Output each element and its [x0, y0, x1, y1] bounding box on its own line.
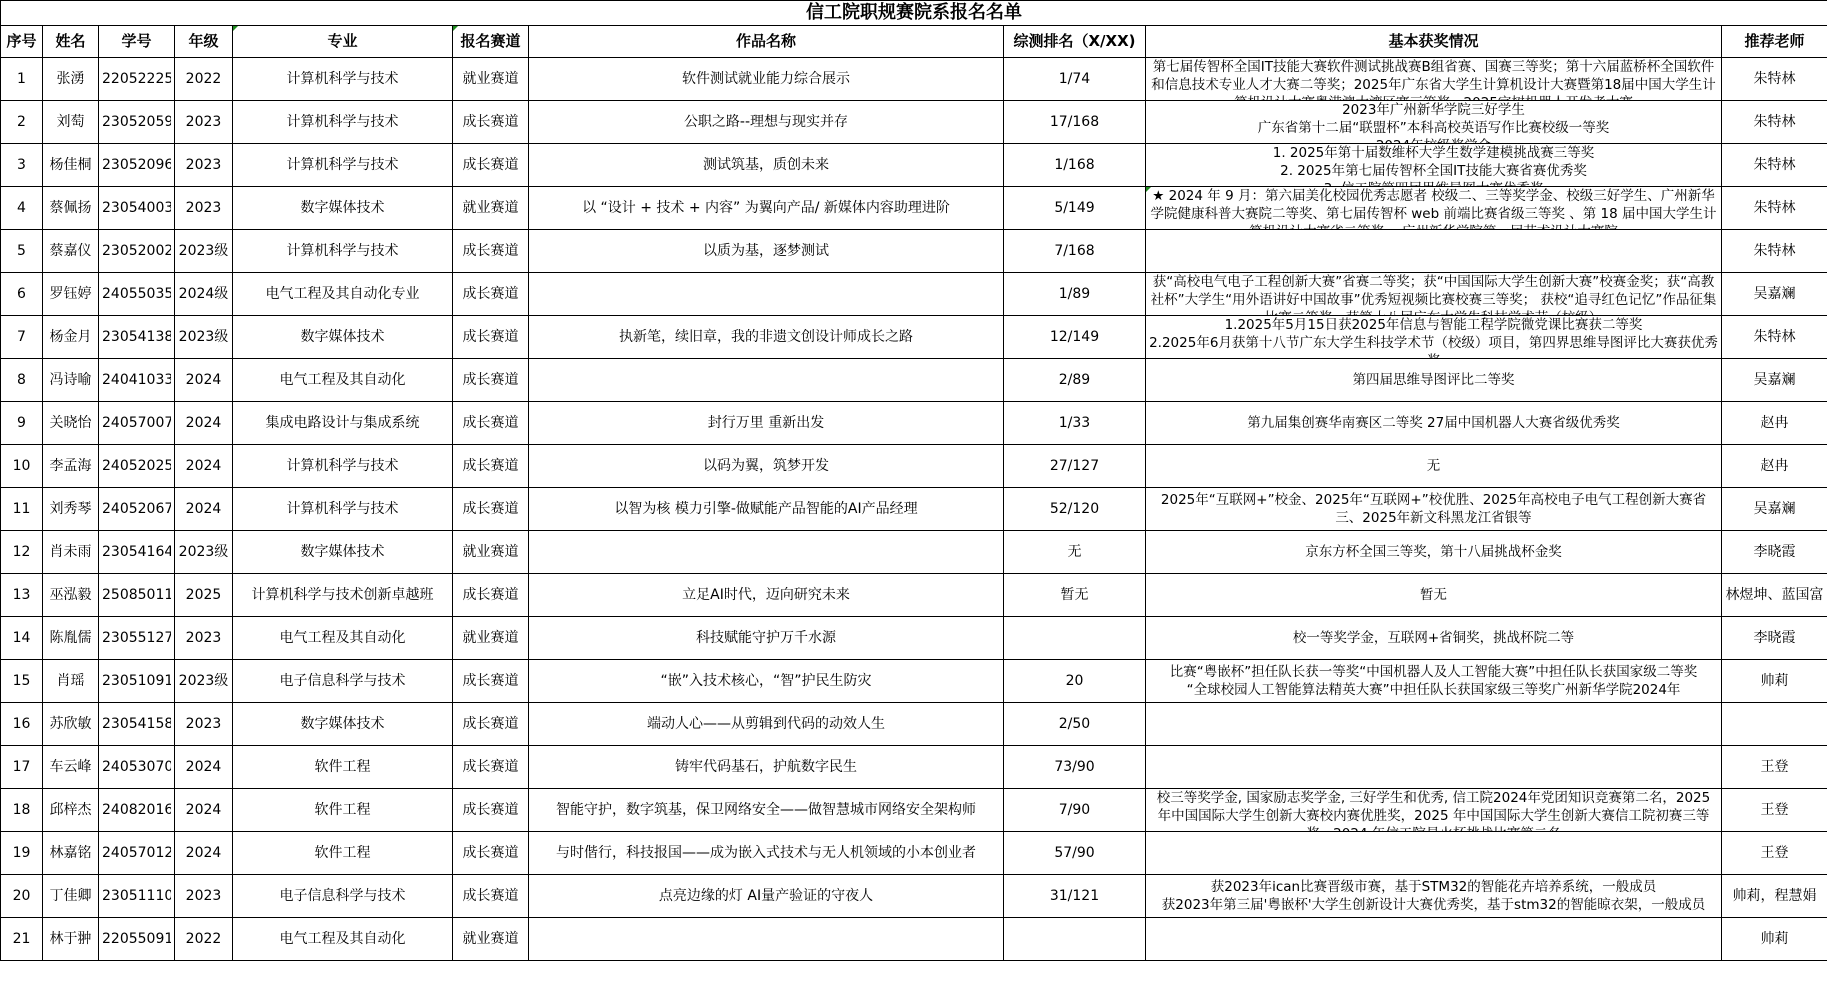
- cell-rank[interactable]: 7/90: [1004, 789, 1146, 832]
- cell-student-id[interactable]: 23054003: [99, 187, 175, 230]
- cell-grade[interactable]: 2025: [175, 574, 233, 617]
- cell-track-text: 成长赛道: [456, 156, 525, 175]
- cell-major-text: 软件工程: [236, 801, 449, 820]
- cell-awards-text: 第四届思维导图评比二等奖: [1149, 371, 1718, 389]
- table-row: 6罗钰婷240550352024级电气工程及其自动化专业成长赛道1/89获“高校…: [1, 273, 1827, 316]
- cell-major[interactable]: 软件工程: [233, 832, 453, 875]
- cell-student-id[interactable]: 25085011: [99, 574, 175, 617]
- cell-name[interactable]: 刘萄: [43, 101, 99, 144]
- header-major[interactable]: 专业: [233, 26, 453, 58]
- cell-awards[interactable]: 1. 2025年第十届数维杯大学生数学建模挑战赛三等奖 2. 2025年第七届传…: [1146, 144, 1722, 187]
- cell-awards[interactable]: 2023年广州新华学院三好学生 广东省第十二届“联盟杯”本科高校英语写作比赛校级…: [1146, 101, 1722, 144]
- cell-awards[interactable]: 比赛“粤嵌杯”担任队长获一等奖“中国机器人及人工智能大赛”中担任队长获国家级二等…: [1146, 660, 1722, 703]
- cell-rank[interactable]: 17/168: [1004, 101, 1146, 144]
- cell-grade-text: 2024级: [178, 285, 229, 304]
- cell-student-id[interactable]: 24053070: [99, 746, 175, 789]
- cell-name[interactable]: 陈胤儒: [43, 617, 99, 660]
- cell-awards[interactable]: 第七届传智杯全国IT技能大赛软件测试挑战赛B组省赛、国赛三等奖；第十六届蓝桥杯全…: [1146, 58, 1722, 101]
- cell-track[interactable]: 就业赛道: [453, 531, 529, 574]
- cell-rank[interactable]: 1/33: [1004, 402, 1146, 445]
- cell-teacher[interactable]: 朱特林: [1722, 144, 1827, 187]
- cell-major[interactable]: 计算机科学与技术: [233, 230, 453, 273]
- cell-rank[interactable]: 57/90: [1004, 832, 1146, 875]
- cell-awards-text: ★ 2024 年 9 月：第六届美化校园优秀志愿者 校级二、三等奖学金、校级三好…: [1149, 187, 1718, 229]
- cell-major[interactable]: 集成电路设计与集成系统: [233, 402, 453, 445]
- cell-awards[interactable]: 京东方杯全国三等奖，第十八届挑战杯金奖: [1146, 531, 1722, 574]
- cell-teacher-text: 王登: [1725, 801, 1824, 820]
- cell-student-id-text: 23052002: [102, 242, 171, 261]
- header-name[interactable]: 姓名: [43, 26, 99, 58]
- cell-work-title[interactable]: 封行万里 重新出发: [529, 402, 1004, 445]
- cell-work-title[interactable]: 测试筑基，质创未来: [529, 144, 1004, 187]
- cell-rank[interactable]: 1/89: [1004, 273, 1146, 316]
- cell-index[interactable]: 10: [1, 445, 43, 488]
- cell-track[interactable]: 成长赛道: [453, 875, 529, 918]
- cell-student-id[interactable]: 24052025: [99, 445, 175, 488]
- cell-grade[interactable]: 2023级: [175, 230, 233, 273]
- cell-major[interactable]: 数字媒体技术: [233, 187, 453, 230]
- cell-work-title[interactable]: [529, 359, 1004, 402]
- cell-work-title-text: 铸牢代码基石，护航数字民生: [532, 758, 1000, 777]
- cell-grade[interactable]: 2024级: [175, 273, 233, 316]
- cell-student-id[interactable]: 24055035: [99, 273, 175, 316]
- cell-track[interactable]: 就业赛道: [453, 617, 529, 660]
- cell-rank-text: 1/74: [1007, 70, 1142, 89]
- cell-rank-text: 20: [1007, 672, 1142, 691]
- cell-work-title[interactable]: 立足AI时代，迈向研究未来: [529, 574, 1004, 617]
- cell-rank[interactable]: 27/127: [1004, 445, 1146, 488]
- cell-grade[interactable]: 2023级: [175, 531, 233, 574]
- cell-track[interactable]: 成长赛道: [453, 273, 529, 316]
- cell-rank[interactable]: 12/149: [1004, 316, 1146, 359]
- cell-teacher[interactable]: 赵冉: [1722, 402, 1827, 445]
- cell-index[interactable]: 19: [1, 832, 43, 875]
- cell-name[interactable]: 巫泓毅: [43, 574, 99, 617]
- cell-awards[interactable]: [1146, 703, 1722, 746]
- cell-name[interactable]: 林于翀: [43, 918, 99, 961]
- cell-track[interactable]: 成长赛道: [453, 574, 529, 617]
- cell-student-id-text: 24053070: [102, 758, 171, 777]
- cell-name[interactable]: 肖瑶: [43, 660, 99, 703]
- cell-grade-text: 2023: [178, 887, 229, 906]
- cell-student-id[interactable]: 23052002: [99, 230, 175, 273]
- cell-grade[interactable]: 2024: [175, 445, 233, 488]
- cell-name[interactable]: 邱梓杰: [43, 789, 99, 832]
- cell-major-text: 计算机科学与技术创新卓越班: [236, 586, 449, 605]
- cell-major[interactable]: 数字媒体技术: [233, 316, 453, 359]
- cell-name-text: 刘萄: [46, 113, 95, 132]
- cell-index[interactable]: 7: [1, 316, 43, 359]
- cell-track[interactable]: 成长赛道: [453, 488, 529, 531]
- cell-work-title[interactable]: 执新笔，续旧章，我的非遗文创设计师成长之路: [529, 316, 1004, 359]
- cell-name[interactable]: 丁佳卿: [43, 875, 99, 918]
- cell-teacher[interactable]: 吴嘉斓: [1722, 273, 1827, 316]
- cell-major[interactable]: 计算机科学与技术: [233, 101, 453, 144]
- cell-major[interactable]: 电气工程及其自动化专业: [233, 273, 453, 316]
- cell-teacher-text: 帅莉: [1725, 672, 1824, 691]
- cell-awards[interactable]: 暂无: [1146, 574, 1722, 617]
- cell-grade[interactable]: 2024: [175, 789, 233, 832]
- cell-index-text: 7: [4, 328, 39, 347]
- cell-grade-text: 2024: [178, 801, 229, 820]
- cell-grade-text: 2023: [178, 199, 229, 218]
- cell-track-text: 就业赛道: [456, 543, 525, 562]
- cell-name[interactable]: 冯诗喻: [43, 359, 99, 402]
- cell-index[interactable]: 3: [1, 144, 43, 187]
- cell-index[interactable]: 8: [1, 359, 43, 402]
- cell-awards[interactable]: 1.2025年5月15日获2025年信息与智能工程学院微党课比赛获二等奖 2.2…: [1146, 316, 1722, 359]
- cell-track[interactable]: 成长赛道: [453, 402, 529, 445]
- cell-grade[interactable]: 2024: [175, 832, 233, 875]
- cell-awards[interactable]: 校三等奖学金, 国家励志奖学金, 三好学生和优秀, 信工院2024年党团知识竞赛…: [1146, 789, 1722, 832]
- cell-teacher[interactable]: 王登: [1722, 789, 1827, 832]
- cell-student-id-text: 23054003: [102, 199, 171, 218]
- cell-track[interactable]: 就业赛道: [453, 187, 529, 230]
- cell-index[interactable]: 5: [1, 230, 43, 273]
- cell-teacher[interactable]: 吴嘉斓: [1722, 488, 1827, 531]
- comment-indicator-icon: [453, 26, 458, 31]
- cell-grade-text: 2025: [178, 586, 229, 605]
- cell-track-text: 成长赛道: [456, 371, 525, 390]
- cell-student-id-text: 24052025: [102, 457, 171, 476]
- cell-teacher[interactable]: 帅莉: [1722, 918, 1827, 961]
- cell-awards[interactable]: [1146, 230, 1722, 273]
- cell-major[interactable]: 电子信息科学与技术: [233, 660, 453, 703]
- cell-teacher-text: 朱特林: [1725, 70, 1824, 89]
- cell-name[interactable]: 林嘉铭: [43, 832, 99, 875]
- cell-teacher[interactable]: [1722, 703, 1827, 746]
- cell-rank-text: 27/127: [1007, 457, 1142, 476]
- cell-work-title-text: 软件测试就业能力综合展示: [532, 70, 1000, 89]
- cell-student-id[interactable]: 23054138: [99, 316, 175, 359]
- cell-awards-text: 暂无: [1149, 586, 1718, 604]
- cell-major[interactable]: 数字媒体技术: [233, 531, 453, 574]
- cell-student-id[interactable]: 23052059: [99, 101, 175, 144]
- cell-grade[interactable]: 2023级: [175, 316, 233, 359]
- cell-index[interactable]: 4: [1, 187, 43, 230]
- cell-major-text: 软件工程: [236, 758, 449, 777]
- cell-grade[interactable]: 2023: [175, 703, 233, 746]
- cell-major[interactable]: 电气工程及其自动化: [233, 617, 453, 660]
- cell-rank[interactable]: [1004, 918, 1146, 961]
- cell-rank-text: 17/168: [1007, 113, 1142, 132]
- cell-track[interactable]: 成长赛道: [453, 660, 529, 703]
- cell-name[interactable]: 杨金月: [43, 316, 99, 359]
- cell-rank[interactable]: 31/121: [1004, 875, 1146, 918]
- cell-teacher-text: 吴嘉斓: [1725, 500, 1824, 519]
- cell-grade[interactable]: 2023: [175, 187, 233, 230]
- table-row: 20丁佳卿230511102023电子信息科学与技术成长赛道点亮边缘的灯 AI量…: [1, 875, 1827, 918]
- cell-student-id-text: 24055035: [102, 285, 171, 304]
- cell-track[interactable]: 成长赛道: [453, 316, 529, 359]
- cell-grade[interactable]: 2023级: [175, 660, 233, 703]
- cell-name[interactable]: 苏欣敏: [43, 703, 99, 746]
- cell-teacher[interactable]: 王登: [1722, 832, 1827, 875]
- cell-work-title[interactable]: 科技赋能守护万千水源: [529, 617, 1004, 660]
- cell-work-title[interactable]: 以质为基，逐梦测试: [529, 230, 1004, 273]
- cell-track[interactable]: 成长赛道: [453, 445, 529, 488]
- cell-work-title[interactable]: 与时偕行，科技报国——成为嵌入式技术与无人机领域的小本创业者: [529, 832, 1004, 875]
- cell-teacher[interactable]: 朱特林: [1722, 230, 1827, 273]
- cell-major[interactable]: 计算机科学与技术: [233, 144, 453, 187]
- cell-index[interactable]: 20: [1, 875, 43, 918]
- cell-index[interactable]: 21: [1, 918, 43, 961]
- cell-name[interactable]: 张湧: [43, 58, 99, 101]
- cell-awards[interactable]: 2025年“互联网+”校金、2025年“互联网+”校优胜、2025年高校电子电气…: [1146, 488, 1722, 531]
- cell-grade[interactable]: 2023: [175, 875, 233, 918]
- cell-name[interactable]: 杨佳桐: [43, 144, 99, 187]
- cell-track[interactable]: 就业赛道: [453, 918, 529, 961]
- cell-index-text: 12: [4, 543, 39, 562]
- cell-name-text: 张湧: [46, 70, 95, 89]
- cell-index[interactable]: 15: [1, 660, 43, 703]
- cell-track-text: 就业赛道: [456, 930, 525, 949]
- cell-index[interactable]: 1: [1, 58, 43, 101]
- cell-grade[interactable]: 2024: [175, 488, 233, 531]
- cell-major[interactable]: 计算机科学与技术: [233, 488, 453, 531]
- cell-rank[interactable]: 20: [1004, 660, 1146, 703]
- cell-awards[interactable]: [1146, 832, 1722, 875]
- cell-student-id-text: 23052096: [102, 156, 171, 175]
- cell-major[interactable]: 数字媒体技术: [233, 703, 453, 746]
- cell-rank[interactable]: 7/168: [1004, 230, 1146, 273]
- cell-major[interactable]: 计算机科学与技术: [233, 445, 453, 488]
- cell-rank[interactable]: 暂无: [1004, 574, 1146, 617]
- cell-major[interactable]: 软件工程: [233, 746, 453, 789]
- cell-index[interactable]: 11: [1, 488, 43, 531]
- cell-index[interactable]: 12: [1, 531, 43, 574]
- cell-student-id[interactable]: 23051110: [99, 875, 175, 918]
- cell-grade[interactable]: 2022: [175, 58, 233, 101]
- cell-grade[interactable]: 2022: [175, 918, 233, 961]
- cell-student-id[interactable]: 24052067: [99, 488, 175, 531]
- cell-work-title[interactable]: [529, 531, 1004, 574]
- cell-teacher[interactable]: 王登: [1722, 746, 1827, 789]
- cell-index-text: 3: [4, 156, 39, 175]
- cell-work-title-text: 以 “设计 + 技术 + 内容” 为翼向产品/ 新媒体内容助理进阶: [532, 199, 1000, 218]
- cell-track[interactable]: 成长赛道: [453, 832, 529, 875]
- cell-grade[interactable]: 2024: [175, 402, 233, 445]
- cell-work-title[interactable]: 公职之路--理想与现实并存: [529, 101, 1004, 144]
- cell-index-text: 10: [4, 457, 39, 476]
- cell-teacher[interactable]: 朱特林: [1722, 187, 1827, 230]
- cell-major[interactable]: 电气工程及其自动化: [233, 918, 453, 961]
- cell-rank[interactable]: 5/149: [1004, 187, 1146, 230]
- cell-work-title[interactable]: 以智为核 模力引擎-做赋能产品智能的AI产品经理: [529, 488, 1004, 531]
- cell-work-title-text: 以码为翼，筑梦开发: [532, 457, 1000, 476]
- cell-name[interactable]: 关晓怡: [43, 402, 99, 445]
- table-row: 7杨金月230541382023级数字媒体技术成长赛道执新笔，续旧章，我的非遗文…: [1, 316, 1827, 359]
- cell-student-id[interactable]: 24082016: [99, 789, 175, 832]
- cell-awards[interactable]: 获“高校电气电子工程创新大赛”省赛二等奖；获“中国国际大学生创新大赛”校赛金奖；…: [1146, 273, 1722, 316]
- cell-grade[interactable]: 2023: [175, 101, 233, 144]
- cell-teacher[interactable]: 朱特林: [1722, 101, 1827, 144]
- cell-awards[interactable]: [1146, 918, 1722, 961]
- cell-awards[interactable]: 第九届集创赛华南赛区二等奖 27届中国机器人大赛省级优秀奖: [1146, 402, 1722, 445]
- cell-student-id[interactable]: 23051091: [99, 660, 175, 703]
- cell-work-title[interactable]: 以码为翼，筑梦开发: [529, 445, 1004, 488]
- cell-awards-text: 获“高校电气电子工程创新大赛”省赛二等奖；获“中国国际大学生创新大赛”校赛金奖；…: [1149, 273, 1718, 315]
- cell-major[interactable]: 计算机科学与技术: [233, 58, 453, 101]
- cell-name-text: 蔡嘉仪: [46, 242, 95, 261]
- cell-name[interactable]: 蔡佩扬: [43, 187, 99, 230]
- table-row: 5蔡嘉仪230520022023级计算机科学与技术成长赛道以质为基，逐梦测试7/…: [1, 230, 1827, 273]
- cell-work-title[interactable]: “嵌”入技术核心，“智”护民生防灾: [529, 660, 1004, 703]
- cell-rank[interactable]: 73/90: [1004, 746, 1146, 789]
- cell-rank[interactable]: 无: [1004, 531, 1146, 574]
- cell-grade-text: 2024: [178, 500, 229, 519]
- cell-student-id[interactable]: 23054164: [99, 531, 175, 574]
- cell-name[interactable]: 李孟海: [43, 445, 99, 488]
- cell-work-title-text: 公职之路--理想与现实并存: [532, 113, 1000, 132]
- cell-index-text: 9: [4, 414, 39, 433]
- cell-major[interactable]: 电子信息科学与技术: [233, 875, 453, 918]
- cell-teacher[interactable]: 朱特林: [1722, 316, 1827, 359]
- cell-rank-text: 7/168: [1007, 242, 1142, 261]
- cell-index[interactable]: 13: [1, 574, 43, 617]
- cell-rank[interactable]: 2/89: [1004, 359, 1146, 402]
- cell-awards[interactable]: ★ 2024 年 9 月：第六届美化校园优秀志愿者 校级二、三等奖学金、校级三好…: [1146, 187, 1722, 230]
- cell-student-id[interactable]: 24057007: [99, 402, 175, 445]
- cell-student-id[interactable]: 22055091: [99, 918, 175, 961]
- cell-index[interactable]: 6: [1, 273, 43, 316]
- cell-track-text: 成长赛道: [456, 801, 525, 820]
- cell-name[interactable]: 刘秀琴: [43, 488, 99, 531]
- cell-student-id[interactable]: 24041033: [99, 359, 175, 402]
- cell-work-title[interactable]: 铸牢代码基石，护航数字民生: [529, 746, 1004, 789]
- cell-teacher-text: 朱特林: [1725, 113, 1824, 132]
- cell-rank[interactable]: 2/50: [1004, 703, 1146, 746]
- cell-major-text: 软件工程: [236, 844, 449, 863]
- cell-index[interactable]: 18: [1, 789, 43, 832]
- cell-grade[interactable]: 2023: [175, 617, 233, 660]
- cell-index[interactable]: 2: [1, 101, 43, 144]
- cell-student-id[interactable]: 23055127: [99, 617, 175, 660]
- cell-major[interactable]: 计算机科学与技术创新卓越班: [233, 574, 453, 617]
- cell-student-id-text: 22055091: [102, 930, 171, 949]
- cell-major[interactable]: 软件工程: [233, 789, 453, 832]
- header-student-id[interactable]: 学号: [99, 26, 175, 58]
- cell-awards[interactable]: 无: [1146, 445, 1722, 488]
- cell-teacher[interactable]: 李晓霞: [1722, 531, 1827, 574]
- header-grade[interactable]: 年级: [175, 26, 233, 58]
- cell-track[interactable]: 成长赛道: [453, 101, 529, 144]
- cell-awards[interactable]: 获2023年ican比赛晋级市赛，基于STM32的智能花卉培养系统，一般成员 获…: [1146, 875, 1722, 918]
- cell-work-title[interactable]: 软件测试就业能力综合展示: [529, 58, 1004, 101]
- cell-rank[interactable]: 1/168: [1004, 144, 1146, 187]
- cell-major[interactable]: 电气工程及其自动化: [233, 359, 453, 402]
- cell-index-text: 4: [4, 199, 39, 218]
- cell-track[interactable]: 成长赛道: [453, 789, 529, 832]
- cell-teacher-text: 帅莉，程慧娟: [1725, 887, 1824, 906]
- header-work-title[interactable]: 作品名称: [529, 26, 1004, 58]
- cell-name-text: 罗钰婷: [46, 285, 95, 304]
- cell-major-text: 集成电路设计与集成系统: [236, 414, 449, 433]
- cell-rank[interactable]: [1004, 617, 1146, 660]
- cell-name-text: 杨金月: [46, 328, 95, 347]
- cell-major-text: 计算机科学与技术: [236, 70, 449, 89]
- header-teacher[interactable]: 推荐老师: [1722, 26, 1827, 58]
- cell-student-id[interactable]: 22052225: [99, 58, 175, 101]
- cell-teacher[interactable]: 帅莉: [1722, 660, 1827, 703]
- table-row: 14陈胤儒230551272023电气工程及其自动化就业赛道科技赋能守护万千水源…: [1, 617, 1827, 660]
- cell-index-text: 6: [4, 285, 39, 304]
- cell-track[interactable]: 成长赛道: [453, 230, 529, 273]
- cell-awards-text: 无: [1149, 457, 1718, 475]
- header-index[interactable]: 序号: [1, 26, 43, 58]
- cell-work-title-text: “嵌”入技术核心，“智”护民生防灾: [532, 672, 1000, 691]
- cell-track[interactable]: 成长赛道: [453, 703, 529, 746]
- cell-name[interactable]: 肖未雨: [43, 531, 99, 574]
- cell-index[interactable]: 9: [1, 402, 43, 445]
- cell-grade[interactable]: 2024: [175, 746, 233, 789]
- cell-work-title[interactable]: 智能守护，数字筑基，保卫网络安全——做智慧城市网络安全架构师: [529, 789, 1004, 832]
- cell-work-title[interactable]: [529, 273, 1004, 316]
- cell-index[interactable]: 17: [1, 746, 43, 789]
- cell-index[interactable]: 14: [1, 617, 43, 660]
- cell-work-title[interactable]: 端动人心——从剪辑到代码的动效人生: [529, 703, 1004, 746]
- header-awards[interactable]: 基本获奖情况: [1146, 26, 1722, 58]
- cell-student-id[interactable]: 24057012: [99, 832, 175, 875]
- cell-name-text: 肖未雨: [46, 543, 95, 562]
- cell-index-text: 1: [4, 70, 39, 89]
- cell-awards-text: 2023年广州新华学院三好学生 广东省第十二届“联盟杯”本科高校英语写作比赛校级…: [1149, 101, 1718, 143]
- cell-teacher[interactable]: 吴嘉斓: [1722, 359, 1827, 402]
- cell-student-id[interactable]: 23052096: [99, 144, 175, 187]
- cell-grade[interactable]: 2024: [175, 359, 233, 402]
- cell-teacher-text: 吴嘉斓: [1725, 371, 1824, 390]
- header-track[interactable]: 报名赛道: [453, 26, 529, 58]
- cell-rank[interactable]: 1/74: [1004, 58, 1146, 101]
- cell-name-text: 林嘉铭: [46, 844, 95, 863]
- cell-rank[interactable]: 52/120: [1004, 488, 1146, 531]
- cell-teacher[interactable]: 赵冉: [1722, 445, 1827, 488]
- cell-index[interactable]: 16: [1, 703, 43, 746]
- cell-track-text: 就业赛道: [456, 70, 525, 89]
- cell-name[interactable]: 罗钰婷: [43, 273, 99, 316]
- cell-teacher[interactable]: 朱特林: [1722, 58, 1827, 101]
- cell-track[interactable]: 成长赛道: [453, 359, 529, 402]
- cell-awards-text: 获2023年ican比赛晋级市赛，基于STM32的智能花卉培养系统，一般成员 获…: [1149, 878, 1718, 914]
- cell-teacher[interactable]: 林煜坤、蓝国富: [1722, 574, 1827, 617]
- cell-work-title[interactable]: 以 “设计 + 技术 + 内容” 为翼向产品/ 新媒体内容助理进阶: [529, 187, 1004, 230]
- cell-grade-text: 2022: [178, 70, 229, 89]
- cell-grade-text: 2023: [178, 629, 229, 648]
- cell-awards[interactable]: [1146, 746, 1722, 789]
- cell-teacher[interactable]: 李晓霞: [1722, 617, 1827, 660]
- cell-name[interactable]: 车云峰: [43, 746, 99, 789]
- cell-work-title[interactable]: 点亮边缘的灯 AI量产验证的守夜人: [529, 875, 1004, 918]
- cell-teacher-text: 王登: [1725, 844, 1824, 863]
- cell-teacher[interactable]: 帅莉，程慧娟: [1722, 875, 1827, 918]
- header-rank[interactable]: 综测排名（X/XX): [1004, 26, 1146, 58]
- cell-track[interactable]: 成长赛道: [453, 746, 529, 789]
- cell-awards[interactable]: 第四届思维导图评比二等奖: [1146, 359, 1722, 402]
- cell-grade[interactable]: 2023: [175, 144, 233, 187]
- cell-teacher-text: 吴嘉斓: [1725, 285, 1824, 304]
- cell-name[interactable]: 蔡嘉仪: [43, 230, 99, 273]
- cell-track[interactable]: 成长赛道: [453, 144, 529, 187]
- cell-awards[interactable]: 校一等奖学金，互联网+省铜奖，挑战杯院二等: [1146, 617, 1722, 660]
- cell-track-text: 就业赛道: [456, 629, 525, 648]
- cell-student-id[interactable]: 23054158: [99, 703, 175, 746]
- sheet-title[interactable]: 信工院职规赛院系报名名单: [1, 1, 1827, 26]
- cell-work-title[interactable]: [529, 918, 1004, 961]
- cell-track[interactable]: 就业赛道: [453, 58, 529, 101]
- cell-student-id-text: 22052225: [102, 70, 171, 89]
- table-row: 2刘萄230520592023计算机科学与技术成长赛道公职之路--理想与现实并存…: [1, 101, 1827, 144]
- cell-track-text: 成长赛道: [456, 672, 525, 691]
